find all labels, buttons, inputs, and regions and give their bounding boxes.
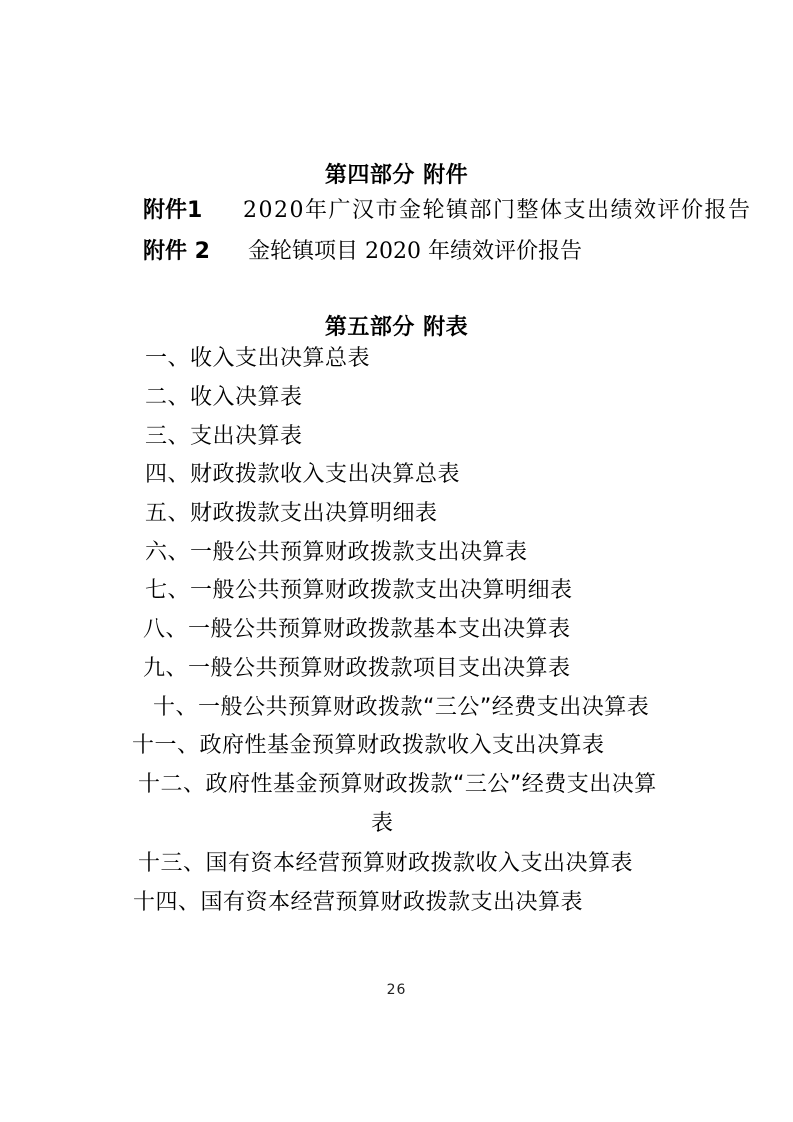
attachment-label: 附件1 <box>143 197 243 225</box>
list-item-7: 七、一般公共预算财政拨款支出决算明细表 <box>145 577 573 605</box>
list-item-6: 六、一般公共预算财政拨款支出决算表 <box>145 539 528 567</box>
list-item-10: 十、一般公共预算财政拨款“三公”经费支出决算表 <box>153 694 649 722</box>
list-item-5: 五、财政拨款支出决算明细表 <box>145 500 438 528</box>
attachment-text: 金轮镇项目 2020 年绩效评价报告 <box>248 239 582 264</box>
list-item-8: 八、一般公共预算财政拨款基本支出决算表 <box>143 616 571 644</box>
list-item-11: 十一、政府性基金预算财政拨款收入支出决算表 <box>132 732 605 760</box>
list-item-12-wrap: 表 <box>371 810 394 838</box>
list-item-4: 四、财政拨款收入支出决算总表 <box>145 461 460 489</box>
attachment-row: 附件12020年广汉市金轮镇部门整体支出绩效评价报告 <box>143 197 752 225</box>
attachment-label: 附件 2 <box>143 238 248 266</box>
list-item-2: 二、收入决算表 <box>145 384 303 412</box>
part5-title: 第五部分 附表 <box>0 314 793 342</box>
document-page: 第四部分 附件 附件12020年广汉市金轮镇部门整体支出绩效评价报告 附件 2金… <box>0 0 793 1122</box>
attachment-row: 附件 2金轮镇项目 2020 年绩效评价报告 <box>143 238 582 266</box>
list-item-13: 十三、国有资本经营预算财政拨款收入支出决算表 <box>138 850 633 878</box>
attachment-text: 2020年广汉市金轮镇部门整体支出绩效评价报告 <box>243 198 752 223</box>
page-number: 26 <box>0 982 793 998</box>
list-item-12: 十二、政府性基金预算财政拨款“三公”经费支出决算 <box>138 771 657 799</box>
list-item-3: 三、支出决算表 <box>145 423 303 451</box>
list-item-9: 九、一般公共预算财政拨款项目支出决算表 <box>143 655 571 683</box>
list-item-14: 十四、国有资本经营预算财政拨款支出决算表 <box>133 889 583 917</box>
list-item-1: 一、收入支出决算总表 <box>145 345 370 373</box>
part4-title: 第四部分 附件 <box>0 162 793 190</box>
